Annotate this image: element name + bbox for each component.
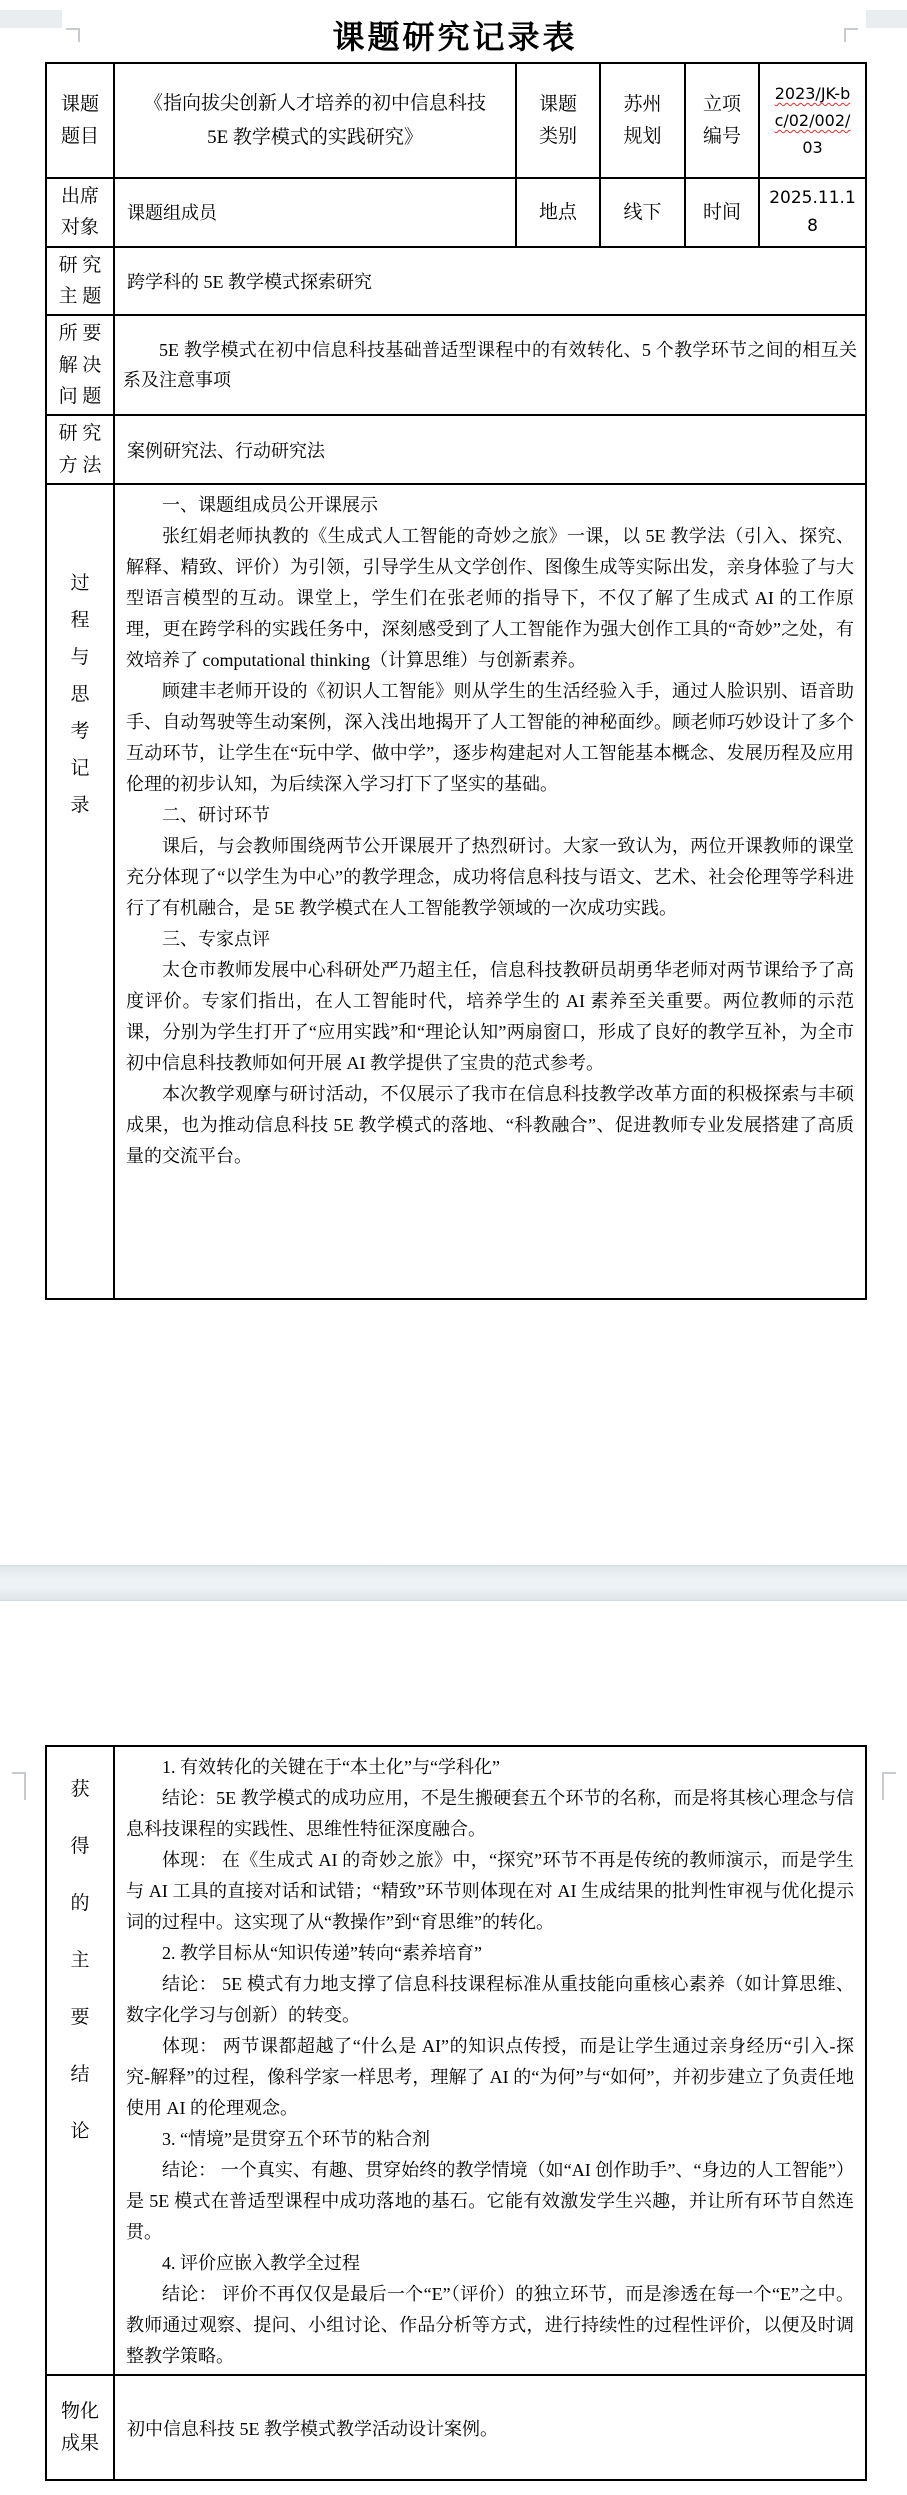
- field-label-process-and-reflection: 过 程 与 思 考 记 录: [46, 484, 114, 1299]
- field-label-topic-title: 课题 题目: [46, 63, 114, 178]
- field-label-problems-to-solve: 所 要 解 决 问 题: [46, 315, 114, 415]
- table-row: 获 得 的 主 要 结 论 1. 有效转化的关键在于“本土化”与“学科化” 结论…: [46, 1746, 866, 2375]
- process-paragraph: 太仓市教师发展中心科研处严乃超主任，信息科技教研员胡勇华老师对两节课给予了高度评…: [126, 955, 854, 1079]
- process-paragraph: 二、研讨环节: [126, 800, 854, 831]
- field-label-approval-number: 立项 编号: [685, 63, 759, 178]
- field-value-location: 线下: [600, 178, 685, 247]
- process-paragraph: 本次教学观摩与研讨活动，不仅展示了我市在信息科技教学改革方面的积极探索与丰硕成果…: [126, 1079, 854, 1172]
- conclusion-paragraph: 4. 评价应嵌入教学全过程: [126, 2248, 854, 2279]
- field-value-time: 2025.11.18: [759, 178, 866, 247]
- field-value-attendees: 课题组成员: [114, 178, 516, 247]
- conclusion-paragraph: 3. “情境”是贯穿五个环节的粘合剂: [126, 2124, 854, 2155]
- word-document-page-view: 课题研究记录表 课题 题目 《指向拔尖创新人才培养的初中信息科技 5E 教学模式…: [0, 0, 907, 2495]
- problems-paragraph: 5E 教学模式在初中信息科技基础普适型课程中的有效转化、5 个教学环节之间的相互…: [123, 335, 857, 395]
- approval-number-line: c/02/002/: [766, 107, 859, 134]
- approval-number-line: 2023/JK-b: [766, 80, 859, 107]
- conclusion-paragraph: 1. 有效转化的关键在于“本土化”与“学科化”: [126, 1752, 854, 1783]
- field-value-approval-number: 2023/JK-b c/02/002/ 03: [759, 63, 866, 178]
- table-row: 研 究 方 法 案例研究法、行动研究法: [46, 415, 866, 484]
- process-paragraph: 一、课题组成员公开课展示: [126, 490, 854, 521]
- field-label-research-method: 研 究 方 法: [46, 415, 114, 484]
- field-label-topic-category: 课题 类别: [516, 63, 600, 178]
- conclusion-paragraph: 结论： 评价不再仅仅是最后一个“E”（评价）的独立环节，而是渗透在每一个“E”之…: [126, 2279, 854, 2372]
- conclusion-paragraph: 结论： 一个真实、有趣、贯穿始终的教学情境（如“AI 创作助手”、“身边的人工智…: [126, 2155, 854, 2248]
- field-value-main-conclusions: 1. 有效转化的关键在于“本土化”与“学科化” 结论：5E 教学模式的成功应用，…: [114, 1746, 866, 2375]
- table-row: 物化 成果 初中信息科技 5E 教学模式教学活动设计案例。: [46, 2375, 866, 2480]
- field-value-topic-category: 苏州 规划: [600, 63, 685, 178]
- field-value-topic-title: 《指向拔尖创新人才培养的初中信息科技 5E 教学模式的实践研究》: [114, 63, 516, 178]
- conclusion-paragraph: 2. 教学目标从“知识传递”转向“素养培育”: [126, 1938, 854, 1969]
- approval-number-line: 03: [766, 134, 859, 161]
- research-record-table-page2: 获 得 的 主 要 结 论 1. 有效转化的关键在于“本土化”与“学科化” 结论…: [45, 1745, 867, 2481]
- process-paragraph: 三、专家点评: [126, 924, 854, 955]
- page-break-separator: [0, 1565, 907, 1601]
- field-label-material-outcomes: 物化 成果: [46, 2375, 114, 2480]
- field-value-research-method: 案例研究法、行动研究法: [114, 415, 866, 484]
- field-value-problems-to-solve: 5E 教学模式在初中信息科技基础普适型课程中的有效转化、5 个教学环节之间的相互…: [114, 315, 866, 415]
- conclusion-paragraph: 体现： 在《生成式 AI 的奇妙之旅》中，“探究”环节不再是传统的教师演示，而是…: [126, 1845, 854, 1938]
- conclusion-paragraph: 体现： 两节课都超越了“什么是 AI”的知识点传授，而是让学生通过亲身经历“引入…: [126, 2031, 854, 2124]
- page-corner-sliver-right: [866, 10, 907, 28]
- conclusion-paragraph: 结论： 5E 模式有力地支撑了信息科技课程标准从重技能向重核心素养（如计算思维、…: [126, 1969, 854, 2031]
- table-row: 出席 对象 课题组成员 地点 线下 时间 2025.11.18: [46, 178, 866, 247]
- field-value-material-outcomes: 初中信息科技 5E 教学模式教学活动设计案例。: [114, 2375, 866, 2480]
- field-label-time: 时间: [685, 178, 759, 247]
- margin-mark: [882, 1772, 896, 1774]
- margin-mark: [882, 1772, 884, 1800]
- page-title: 课题研究记录表: [45, 12, 865, 58]
- field-value-research-theme: 跨学科的 5E 教学模式探索研究: [114, 247, 866, 316]
- field-label-attendees: 出席 对象: [46, 178, 114, 247]
- field-value-process-and-reflection: 一、课题组成员公开课展示 张红娟老师执教的《生成式人工智能的奇妙之旅》一课，以 …: [114, 484, 866, 1299]
- process-paragraph: 张红娟老师执教的《生成式人工智能的奇妙之旅》一课，以 5E 教学法（引入、探究、…: [126, 521, 854, 676]
- table-row: 所 要 解 决 问 题 5E 教学模式在初中信息科技基础普适型课程中的有效转化、…: [46, 315, 866, 415]
- table-row: 研 究 主 题 跨学科的 5E 教学模式探索研究: [46, 247, 866, 316]
- table-row: 课题 题目 《指向拔尖创新人才培养的初中信息科技 5E 教学模式的实践研究》 课…: [46, 63, 866, 178]
- table-row: 过 程 与 思 考 记 录 一、课题组成员公开课展示 张红娟老师执教的《生成式人…: [46, 484, 866, 1299]
- field-label-main-conclusions: 获 得 的 主 要 结 论: [46, 1746, 114, 2375]
- process-paragraph: 课后，与会教师围绕两节公开课展开了热烈研讨。大家一致认为，两位开课教师的课堂充分…: [126, 831, 854, 924]
- field-label-research-theme: 研 究 主 题: [46, 247, 114, 316]
- conclusion-paragraph: 结论：5E 教学模式的成功应用，不是生搬硬套五个环节的名称，而是将其核心理念与信…: [126, 1783, 854, 1845]
- process-paragraph: 顾建丰老师开设的《初识人工智能》则从学生的生活经验入手，通过人脸识别、语音助手、…: [126, 676, 854, 800]
- research-record-table-page1: 课题 题目 《指向拔尖创新人才培养的初中信息科技 5E 教学模式的实践研究》 课…: [45, 62, 867, 1300]
- field-label-location: 地点: [516, 178, 600, 247]
- margin-mark: [24, 1772, 26, 1800]
